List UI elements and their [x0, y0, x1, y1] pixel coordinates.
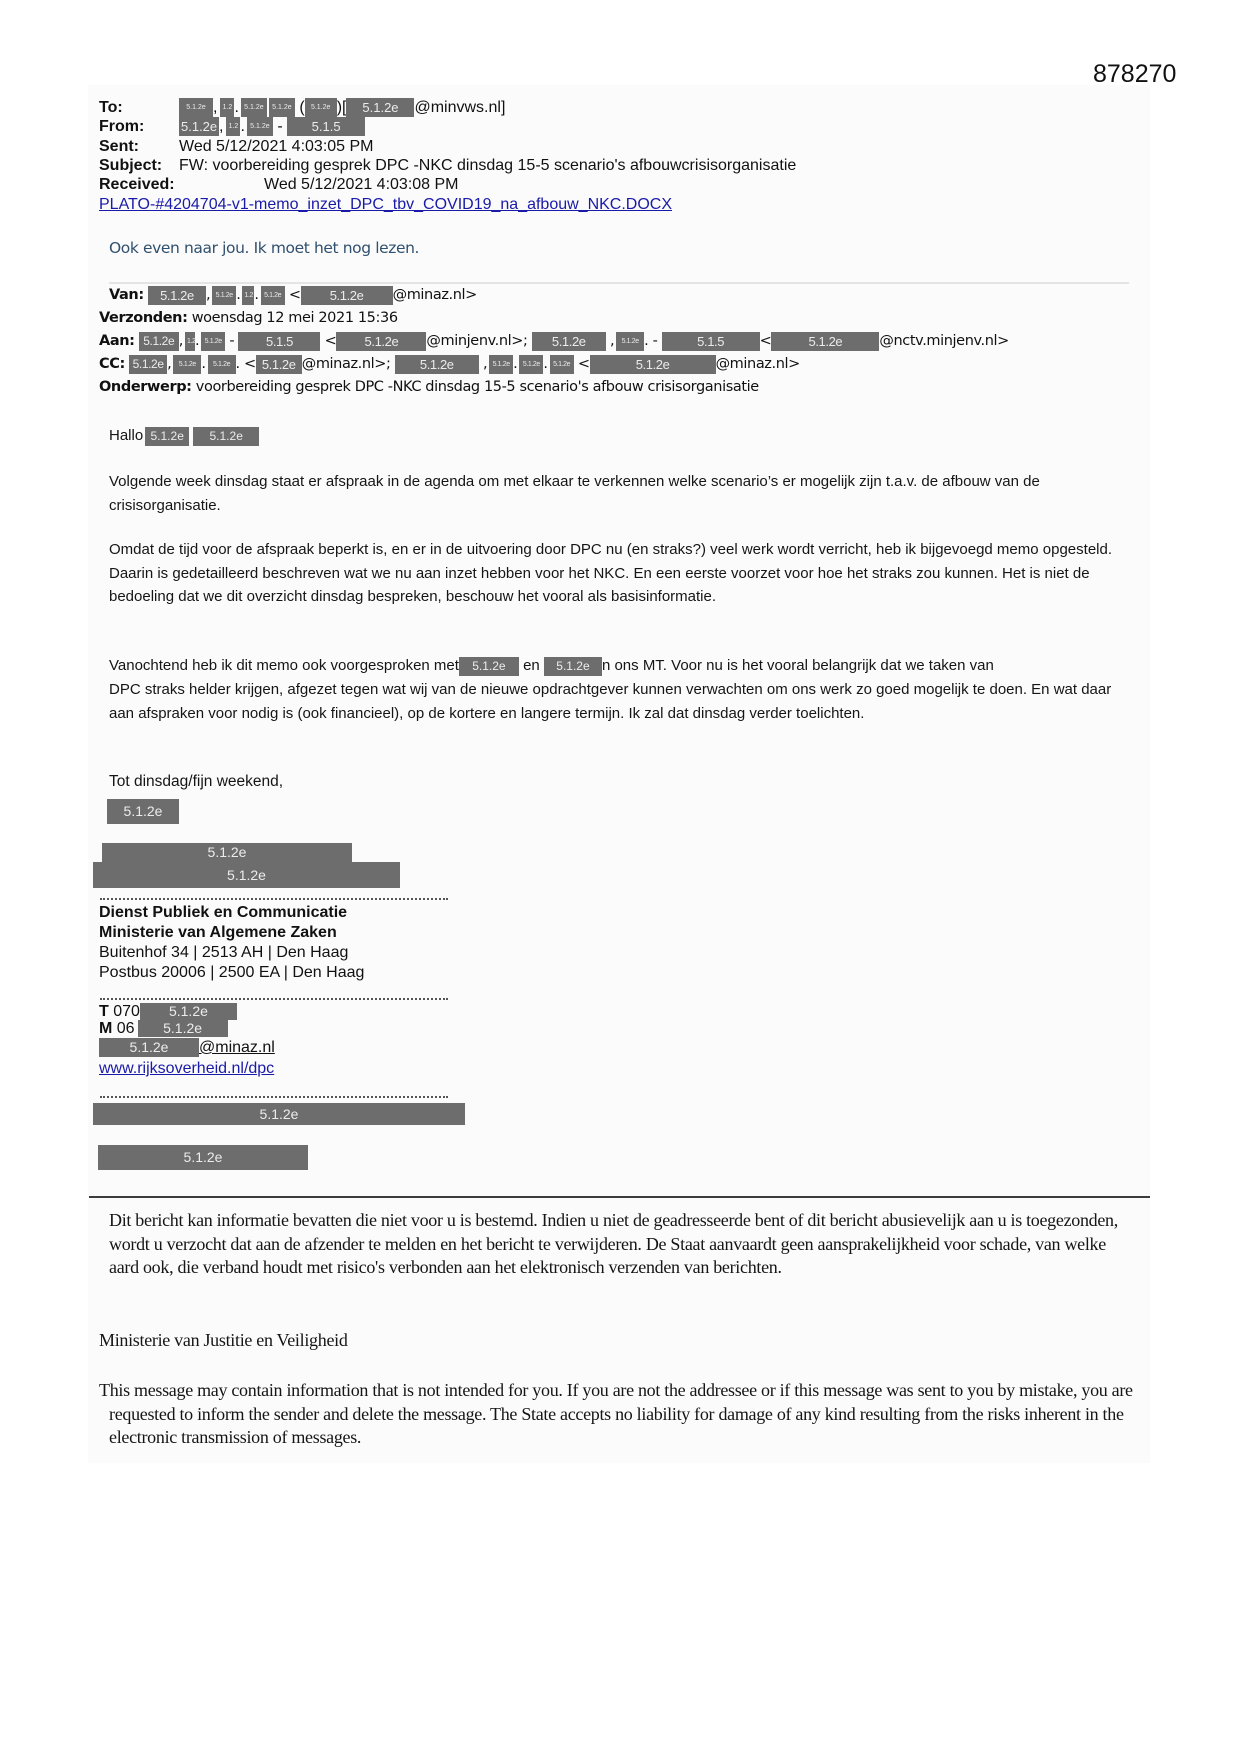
redaction: 5.1.2e [208, 355, 236, 374]
cc-domain-2: @minaz.nl> [716, 356, 800, 372]
email-domain[interactable]: @minaz.nl [199, 1039, 275, 1056]
redaction: 5.1.2e [305, 98, 337, 117]
from-label: From: [99, 117, 179, 136]
email-row: 5.1.2e@minaz.nl [99, 1038, 275, 1057]
redaction: 5.1.2e [179, 98, 213, 117]
redaction: 5.1.2e [107, 799, 179, 824]
cc-domain-1: @minaz.nl>; [302, 356, 391, 372]
redaction: 5.1.2e [459, 657, 519, 676]
onderwerp-value: voorbereiding gesprek DPC -NKC dinsdag 1… [196, 379, 759, 395]
mobile-row: M 065.1.2e [99, 1020, 228, 1037]
redaction: 5.1.2e [247, 117, 273, 136]
sent-label: Sent: [99, 137, 179, 156]
subject-label: Subject: [99, 156, 179, 175]
paragraph-3-rest: DPC straks helder krijgen, afgezet tegen… [109, 678, 1129, 725]
address-1: Buitenhof 34 | 2513 AH | Den Haag [99, 944, 348, 961]
received-value: Wed 5/12/2021 4:03:08 PM [264, 176, 459, 193]
van-domain: @minaz.nl> [393, 287, 477, 303]
paragraph-3-line-1: Vanochtend heb ik dit memo ook voorgespr… [109, 654, 1139, 678]
disclaimer-english: This message may contain information tha… [99, 1379, 1149, 1450]
m-label: M [99, 1020, 112, 1037]
from-row: From:5.1.2e,1.2.5.1.2e - 5.1.5 [99, 117, 365, 136]
redaction: 5.1.2e [395, 355, 479, 374]
redaction: 5.1.2e [139, 332, 179, 351]
redaction: 5.1.2e [148, 286, 206, 305]
disclaimer-divider [89, 1196, 1150, 1198]
to-domain: @minvws.nl] [414, 99, 505, 116]
verzonden-row: Verzonden: woensdag 12 mei 2021 15:36 [99, 308, 398, 329]
redaction: 5.1.5 [238, 332, 320, 351]
t-prefix: 070 [113, 1003, 140, 1020]
redaction: 5.1.2e [336, 332, 426, 351]
paragraph-3-text: en [523, 657, 540, 674]
redaction: 5.1.5 [662, 332, 760, 351]
redaction: 5.1.2e [102, 843, 352, 862]
paragraph-3-text: Vanochtend heb ik dit memo ook voorgespr… [109, 657, 459, 674]
redaction: 5.1.2e [346, 98, 414, 117]
header-divider [109, 282, 1129, 284]
closing: Tot dinsdag/fijn weekend, [109, 773, 283, 791]
redaction: 5.1.2e [550, 355, 574, 374]
paragraph-1: Volgende week dinsdag staat er afspraak … [109, 470, 1129, 517]
signature-divider [100, 1096, 448, 1098]
greeting-text: Hallo [109, 427, 143, 444]
address-2: Postbus 20006 | 2500 EA | Den Haag [99, 964, 364, 981]
cc-row: CC: 5.1.2e,5.1.2e.5.1.2e. <5.1.2e@minaz.… [99, 354, 800, 375]
redaction: 1.2 [220, 98, 234, 117]
redaction: 5.1.2e [98, 1145, 308, 1170]
redaction: 5.1.2e [140, 1003, 237, 1020]
signature-divider [100, 898, 448, 900]
subject-value: FW: voorbereiding gesprek DPC -NKC dinsd… [179, 157, 796, 174]
redaction: 5.1.2e [179, 117, 219, 136]
received-row: Received:Wed 5/12/2021 4:03:08 PM [99, 175, 459, 194]
redaction: 5.1.2e [616, 332, 644, 351]
redaction: 5.1.2e [145, 427, 189, 446]
to-label: To: [99, 98, 179, 117]
redaction: 5.1.2e [193, 427, 259, 446]
redaction: 5.1.2e [519, 355, 543, 374]
disclaimer-dutch: Dit bericht kan informatie bevatten die … [109, 1209, 1139, 1280]
van-row: Van: 5.1.2e,5.1.2e.1.2.5.1.2e <5.1.2e@mi… [109, 285, 477, 306]
redaction: 5.1.2e [771, 332, 879, 351]
redaction: 1.2 [226, 117, 240, 136]
redaction: 5.1.2e [532, 332, 606, 351]
redaction: 5.1.2e [301, 286, 393, 305]
subject-row: Subject:FW: voorbereiding gesprek DPC -N… [99, 156, 796, 175]
redaction: 5.1.2e [138, 1020, 228, 1037]
redaction: 5.1.2e [129, 355, 167, 374]
verzonden-label: Verzonden: [99, 310, 187, 326]
redaction: 5.1.2e [544, 657, 602, 676]
redaction: 5.1.2e [201, 332, 225, 351]
paragraph-2: Omdat de tijd voor de afspraak beperkt i… [109, 538, 1129, 609]
redaction: 5.1.2e [173, 355, 201, 374]
redaction: 5.1.2e [212, 286, 236, 305]
signature-divider [100, 998, 448, 1000]
redaction: 1.2 [185, 332, 195, 351]
signature-org: Dienst Publiek en Communicatie Ministeri… [99, 903, 364, 983]
to-row: To:5.1.2e,1.2.5.1.2e5.1.2e (5.1.2e)[5.1.… [99, 98, 505, 117]
onderwerp-row: Onderwerp: voorbereiding gesprek DPC -NK… [99, 377, 759, 398]
redaction: 1.2 [242, 286, 254, 305]
redaction: 5.1.2e [489, 355, 513, 374]
cc-label: CC: [99, 356, 125, 372]
aan-row: Aan: 5.1.2e,1.2.5.1.2e - 5.1.5 <5.1.2e@m… [99, 331, 1009, 352]
m-prefix: 06 [117, 1020, 135, 1037]
van-label: Van: [109, 287, 144, 303]
sent-row: Sent:Wed 5/12/2021 4:03:05 PM [99, 137, 374, 156]
org-name-1: Dienst Publiek en Communicatie [99, 904, 347, 921]
greeting: Hallo5.1.2e5.1.2e [109, 425, 259, 447]
redaction: 5.1.2e [256, 355, 302, 374]
redaction: 5.1.2e [590, 355, 716, 374]
aan-domain-1: @minjenv.nl>; [426, 333, 527, 349]
attachment-link[interactable]: PLATO-#4204704-v1-memo_inzet_DPC_tbv_COV… [99, 195, 672, 214]
t-label: T [99, 1003, 109, 1020]
aan-label: Aan: [99, 333, 135, 349]
disclaimer-ministry: Ministerie van Justitie en Veiligheid [99, 1329, 348, 1353]
forward-note: Ook even naar jou. Ik moet het nog lezen… [109, 239, 419, 257]
redaction: 5.1.2e [241, 98, 267, 117]
sent-value: Wed 5/12/2021 4:03:05 PM [179, 138, 374, 155]
redaction: 5.1.2e [261, 286, 285, 305]
redaction: 5.1.2e [93, 1103, 465, 1125]
phone-row: T 0705.1.2e [99, 1003, 237, 1020]
redaction: 5.1.2e [99, 1038, 199, 1057]
redaction: 5.1.2e [269, 98, 295, 117]
onderwerp-label: Onderwerp: [99, 379, 192, 395]
redaction: 5.1.2e [93, 862, 400, 888]
redaction: 5.1.5 [287, 117, 365, 136]
website-link[interactable]: www.rijksoverheid.nl/dpc [99, 1059, 274, 1079]
org-name-2: Ministerie van Algemene Zaken [99, 924, 337, 941]
paragraph-3-text: n ons MT. Voor nu is het vooral belangri… [602, 657, 994, 674]
verzonden-value: woensdag 12 mei 2021 15:36 [192, 310, 398, 326]
aan-domain-2: @nctv.minjenv.nl> [879, 333, 1009, 349]
received-label: Received: [99, 175, 264, 194]
